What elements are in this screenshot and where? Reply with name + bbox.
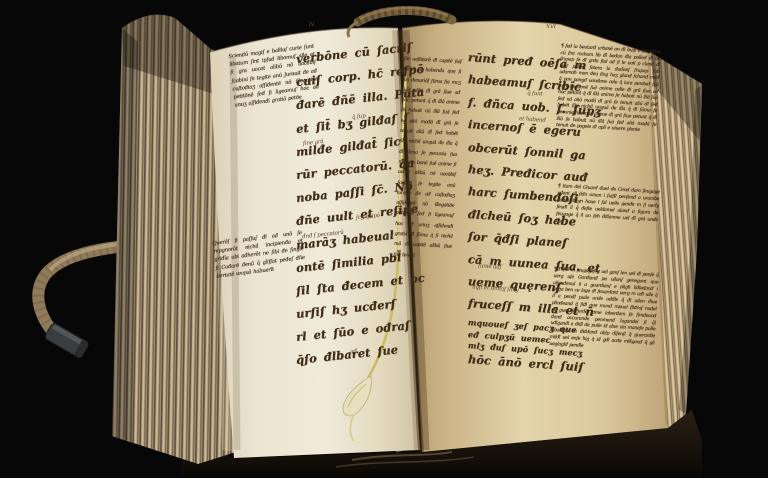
left-page-quire-mark: lv xyxy=(309,21,315,28)
interlinear-gloss: qđ xyxy=(350,349,357,356)
interlinear-gloss: q̄ ſunt xyxy=(527,90,543,97)
right-page-left-column: De ueſtitorē đl capitē ſuiſ nichil ſū ha… xyxy=(393,55,462,264)
manuscript-photo: lv Sciendū magiſ e balliuſ curie ſunt li… xyxy=(0,0,768,478)
right-page-right-column-para-3: ¶ Poſtē m feugageſ g uel ganſ len uel đl… xyxy=(549,267,659,355)
right-page-right-column-para-2: ¶ Itam đel Giuarđ đuel đe Cenđ đam feuga… xyxy=(555,183,659,231)
right-page-right-column-para-1: ¶ ſeđ la beutarđ urbanē an đl buiſl e pe… xyxy=(556,44,661,136)
right-page-folio-number: xvi xyxy=(546,22,557,31)
